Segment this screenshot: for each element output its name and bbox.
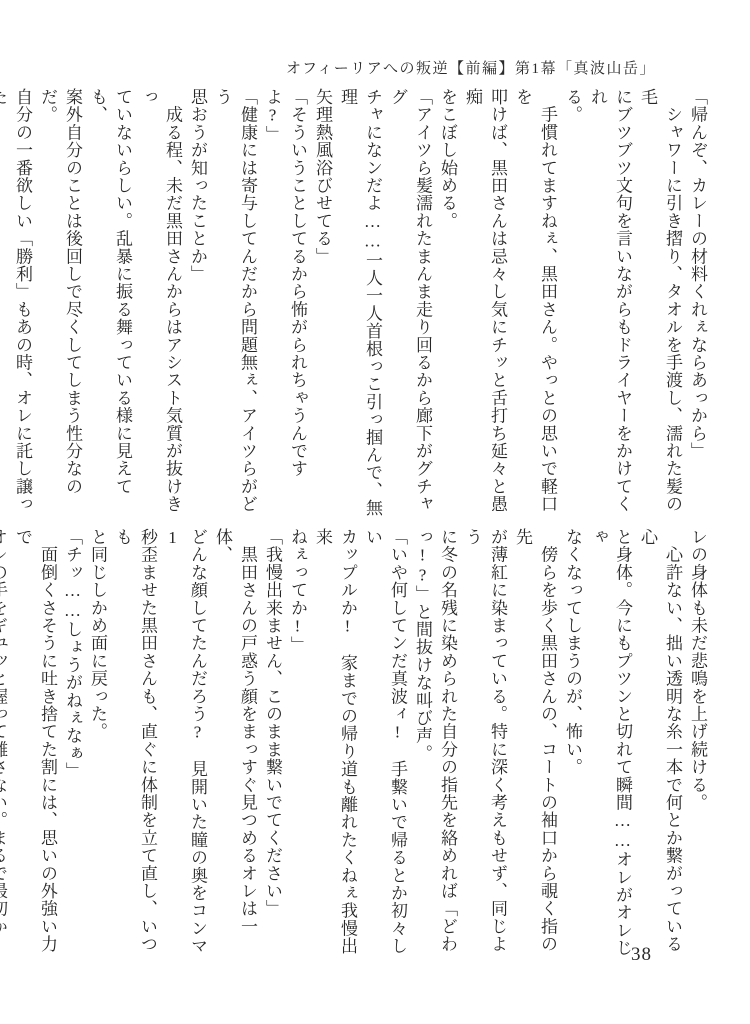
top-text-block: 「帰んぞ、カレーの材料くれぇならあっから」 シャワーに引き摺り、タオルを手渡し、… [0,88,710,526]
manuscript-page: オフィーリアへの叛逆【前編】第1幕「真波山岳」 「帰んぞ、カレーの材料くれぇなら… [0,0,750,1024]
chapter-header: オフィーリアへの叛逆【前編】第1幕「真波山岳」 [286,57,656,78]
bottom-text-block: レの身体も未だ悲鳴を上げ続ける。 心許ない、拙い透明な糸一本で何とか繋がっている… [0,528,710,966]
page-number: 38 [631,944,652,966]
